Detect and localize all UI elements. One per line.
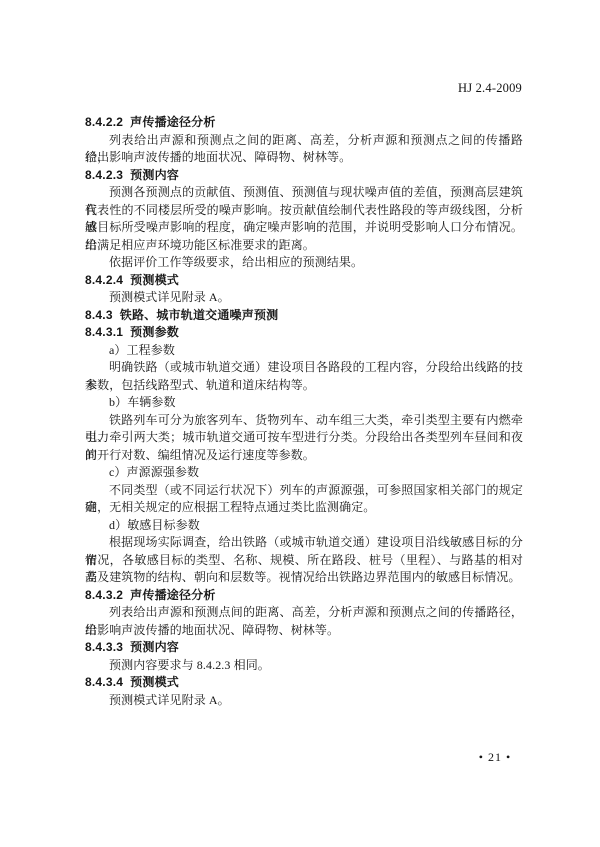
text-line: d）敏感目标参数 — [85, 517, 523, 535]
text-line: 预测模式详见附录 A。 — [85, 289, 523, 307]
text-line: 明确铁路（或城市轨道交通）建设项目各路段的工程内容，分段给出线路的技术 — [85, 359, 523, 377]
text-line: 代表性的不同楼层所受的噪声影响。按贡献值绘制代表性路段的等声级线图，分析敏 — [85, 202, 523, 220]
text-line: b）车辆参数 — [85, 394, 523, 412]
text-line: 根据现场实际调查，给出铁路（或城市轨道交通）建设项目沿线敏感目标的分布 — [85, 534, 523, 552]
clause-heading: 8.4.3.4 预测模式 — [85, 674, 523, 692]
text-line: 预测内容要求与 8.4.2.3 相同。 — [85, 657, 523, 675]
text-line: 预测各预测点的贡献值、预测值、预测值与现状噪声值的差值，预测高层建筑有 — [85, 184, 523, 202]
text-line: 不同类型（或不同运行状况下）列车的声源源强，可参照国家相关部门的规定确 — [85, 482, 523, 500]
clause-heading: 8.4.3.3 预测内容 — [85, 639, 523, 657]
text-line: 情况，各敏感目标的类型、名称、规模、所在路段、桩号（里程）、与路基的相对高 — [85, 552, 523, 570]
page-number: • 21 • — [453, 749, 537, 765]
text-line: 列表给出声源和预测点之间的距离、高差，分析声源和预测点之间的传播路径， — [85, 132, 523, 150]
text-line: 铁路列车可分为旅客列车、货物列车、动车组三大类，牵引类型主要有内燃牵引、 — [85, 412, 523, 430]
text-line: 列表给出声源和预测点间的距离、高差，分析声源和预测点之间的传播路径，给 — [85, 604, 523, 622]
text-line: 定，无相关规定的应根据工程特点通过类比监测确定。 — [85, 499, 523, 517]
clause-heading: 8.4.2.3 预测内容 — [85, 167, 523, 185]
text-line: 参数，包括线路型式、轨道和道床结构等。 — [85, 377, 523, 395]
text-line: 依据评价工作等级要求，给出相应的预测结果。 — [85, 254, 523, 272]
text-line: 感目标所受噪声影响的程度，确定噪声影响的范围，并说明受影响人口分布情况。给 — [85, 219, 523, 237]
clause-heading: 8.4.3 铁路、城市轨道交通噪声预测 — [85, 307, 523, 325]
document-code-header: HJ 2.4-2009 — [85, 81, 522, 95]
text-line: a）工程参数 — [85, 342, 523, 360]
text-line: 出影响声波传播的地面状况、障碍物、树林等。 — [85, 622, 523, 640]
text-line: 电力牵引两大类；城市轨道交通可按车型进行分类。分段给出各类型列车昼间和夜间 — [85, 429, 523, 447]
text-line: 差及建筑物的结构、朝向和层数等。视情况给出铁路边界范围内的敏感目标情况。 — [85, 569, 523, 587]
clause-heading: 8.4.3.2 声传播途径分析 — [85, 587, 523, 605]
text-line: 出满足相应声环境功能区标准要求的距离。 — [85, 237, 523, 255]
clause-heading: 8.4.3.1 预测参数 — [85, 324, 523, 342]
text-line: c）声源源强参数 — [85, 464, 523, 482]
document-page: HJ 2.4-2009 8.4.2.2 声传播途径分析列表给出声源和预测点之间的… — [0, 0, 600, 847]
content-lines: 8.4.2.2 声传播途径分析列表给出声源和预测点之间的距离、高差，分析声源和预… — [85, 114, 523, 709]
clause-heading: 8.4.2.2 声传播途径分析 — [85, 114, 523, 132]
clause-heading: 8.4.2.4 预测模式 — [85, 272, 523, 290]
text-line: 的开行对数、编组情况及运行速度等参数。 — [85, 447, 523, 465]
text-line: 预测模式详见附录 A。 — [85, 692, 523, 710]
text-line: 给出影响声波传播的地面状况、障碍物、树林等。 — [85, 149, 523, 167]
